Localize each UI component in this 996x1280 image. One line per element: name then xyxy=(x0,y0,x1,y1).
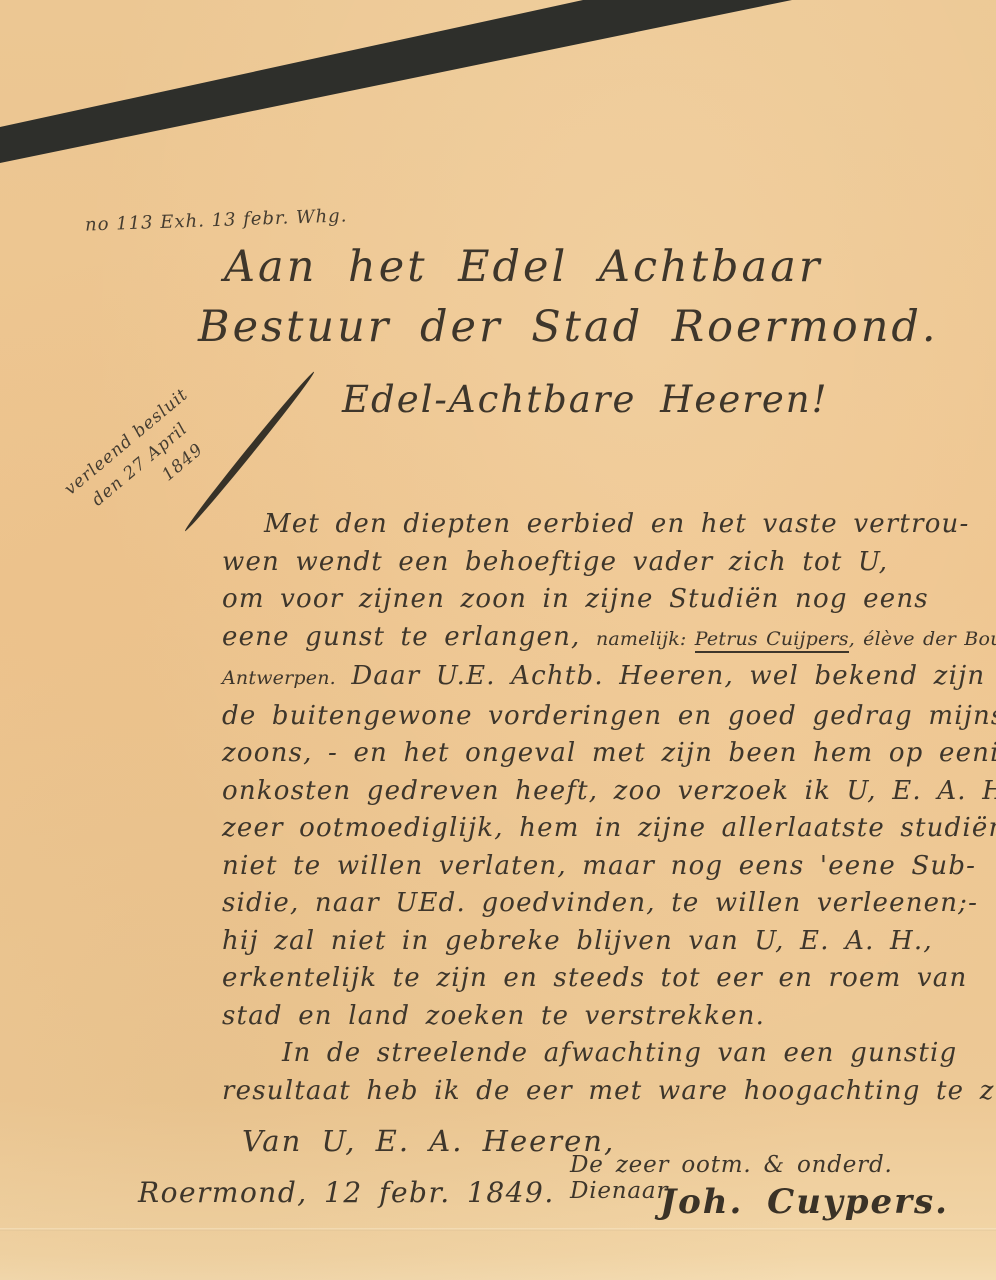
closing-intro: Van U, E. A. Heeren, xyxy=(242,1124,615,1158)
dark-diagonal-band xyxy=(0,0,996,200)
body-line: resultaat heb ik de eer met ware hoogach… xyxy=(222,1073,922,1111)
letter-page: no 113 Exh. 13 febr. Whg. Aan het Edel A… xyxy=(0,0,996,1280)
body-line: hij zal niet in gebreke blijven van U, E… xyxy=(222,923,922,961)
registration-note: no 113 Exh. 13 febr. Whg. xyxy=(85,205,348,235)
body-line-with-insertion: eene gunst te erlangen, namelijk: Petrus… xyxy=(222,619,922,659)
body-line: om voor zijnen zoon in zijne Studiën nog… xyxy=(222,581,922,619)
body-line-main: Daar U.E. Achtb. Heeren, wel bekend zijn xyxy=(351,661,985,691)
body-line: stad en land zoeken te verstrekken. xyxy=(222,998,922,1036)
body-line: In de streelende afwachting van een guns… xyxy=(222,1035,922,1073)
body-line: de buitengewone vorderingen en goed gedr… xyxy=(222,698,922,736)
insertion-suffix: , élève der Bouwkunde te xyxy=(849,628,996,650)
insertion-continuation: Antwerpen. xyxy=(222,667,336,689)
address-line-1: Aan het Edel Achtbaar xyxy=(224,242,822,292)
body-line: Met den diepten eerbied en het vaste ver… xyxy=(222,506,922,544)
signature-joh-cuypers: Joh. Cuypers. xyxy=(660,1182,949,1222)
salutation: Edel-Achtbare Heeren! xyxy=(342,378,829,421)
body-line: erkentelijk te zijn en steeds tot eer en… xyxy=(222,960,922,998)
insertion-prefix: namelijk: xyxy=(596,628,695,650)
body-line-with-insertion: Antwerpen. Daar U.E. Achtb. Heeren, wel … xyxy=(222,658,922,698)
body-line: onkosten gedreven heeft, zoo verzoek ik … xyxy=(222,773,922,811)
body-line-main: eene gunst te erlangen, xyxy=(222,622,580,652)
place-and-date: Roermond, 12 febr. 1849. xyxy=(138,1176,555,1209)
body-line: zoons, - en het ongeval met zijn been he… xyxy=(222,735,922,773)
body-line: sidie, naar UEd. goedvinden, te willen v… xyxy=(222,885,922,923)
body-line: wen wendt een behoeftige vader zich tot … xyxy=(222,544,922,582)
marginal-note-line-2: den 27 April xyxy=(75,360,260,521)
body-line: zeer ootmoediglijk, hem in zijne allerla… xyxy=(222,810,922,848)
letter-body: Met den diepten eerbied en het vaste ver… xyxy=(222,506,922,1110)
insertion-name-underlined: Petrus Cuijpers xyxy=(695,628,849,653)
body-line: niet te willen verlaten, maar nog eens '… xyxy=(222,848,922,886)
address-line-2: Bestuur der Stad Roermond. xyxy=(198,302,939,352)
